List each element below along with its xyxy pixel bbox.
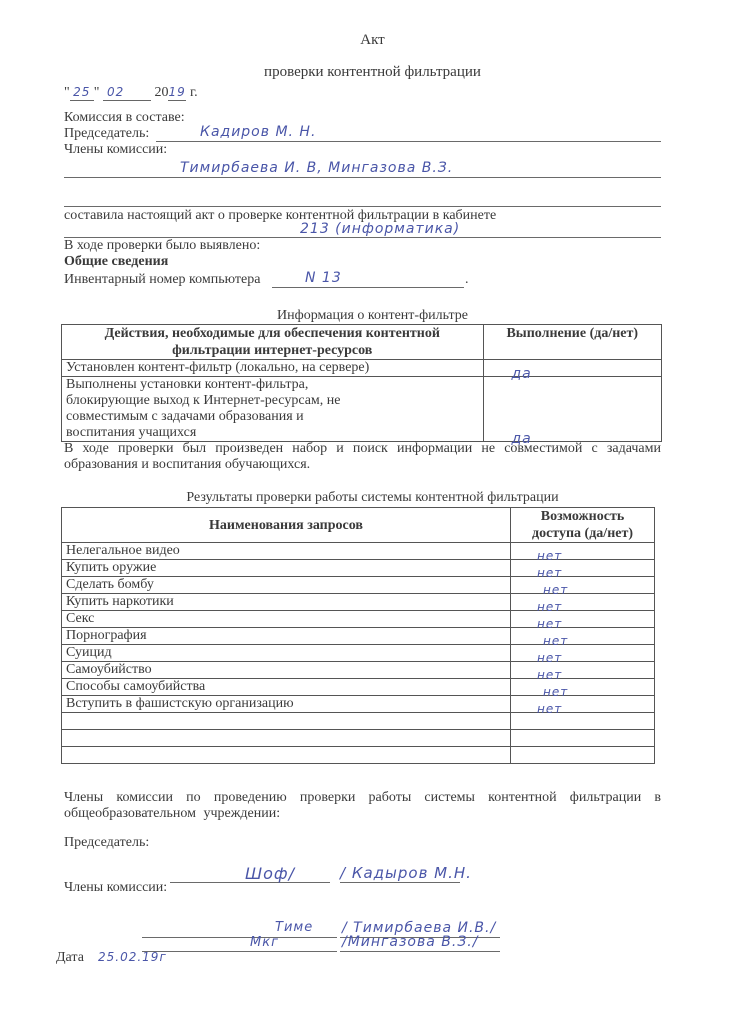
filter-header-action: Действия, необходимые для обеспечения ко… — [62, 325, 484, 360]
chair-label: Председатель: — [64, 126, 149, 142]
member2-name: /Мингазова В.З./ — [342, 934, 478, 950]
access-cell: нет — [511, 696, 655, 713]
query-cell: Сделать бомбу — [62, 577, 511, 594]
results-table: Наименования запросов Возможность доступ… — [61, 507, 655, 764]
table-row — [62, 730, 655, 747]
table-row: Вступить в фашистскую организациюнет — [62, 696, 655, 713]
access-cell: нет — [511, 645, 655, 662]
access-cell: нет — [511, 679, 655, 696]
table-row — [62, 747, 655, 764]
date-day: 25 — [70, 84, 94, 101]
general-heading: Общие сведения — [64, 254, 168, 270]
sig-chair-label: Председатель: — [64, 835, 149, 851]
members-value: Тимирбаева И. В, Мингазова В.З. — [180, 160, 453, 176]
table-row: Купить оружиенет — [62, 560, 655, 577]
filter-info-table: Действия, необходимые для обеспечения ко… — [61, 324, 662, 442]
filter-header-done: Выполнение (да/нет) — [483, 325, 662, 360]
table-row: Суициднет — [62, 645, 655, 662]
table-row: Выполнены установки контент-фильтра, бло… — [62, 377, 662, 442]
table-row: Самоубийствонет — [62, 662, 655, 679]
access-cell: нет — [511, 662, 655, 679]
chair-value: Кадиров М. Н. — [200, 124, 316, 140]
query-cell: Купить оружие — [62, 560, 511, 577]
search-paragraph: В ходе проверки был произведен набор и п… — [64, 441, 661, 473]
query-cell: Порнография — [62, 628, 511, 645]
access-cell — [511, 747, 655, 764]
results-header-access: Возможность доступа (да/нет) — [511, 508, 655, 543]
date-year: 19 — [168, 84, 186, 101]
query-cell: Способы самоубийства — [62, 679, 511, 696]
document-subtitle: проверки контентной фильтрации — [0, 64, 745, 80]
access-cell — [511, 713, 655, 730]
table-row: Порнографиянет — [62, 628, 655, 645]
chair-signature: Шоф/ — [245, 864, 295, 883]
access-cell: нет — [511, 560, 655, 577]
query-cell — [62, 730, 511, 747]
query-cell — [62, 747, 511, 764]
table-row: Сделать бомбунет — [62, 577, 655, 594]
access-cell: нет — [511, 594, 655, 611]
member2-signature: Мкг — [250, 935, 279, 950]
table-row: Купить наркотикинет — [62, 594, 655, 611]
query-cell: Нелегальное видео — [62, 543, 511, 560]
room-value: 213 (информатика) — [300, 221, 460, 237]
access-cell: нет — [511, 543, 655, 560]
query-cell: Купить наркотики — [62, 594, 511, 611]
access-cell: нет — [511, 628, 655, 645]
access-cell: нет — [511, 611, 655, 628]
query-cell: Суицид — [62, 645, 511, 662]
query-cell — [62, 713, 511, 730]
table-row — [62, 713, 655, 730]
results-header-query: Наименования запросов — [62, 508, 511, 543]
found-text: В ходе проверки было выявлено: — [64, 238, 260, 254]
date-row: "25" 02 2019 г. — [64, 84, 198, 101]
inventory-value: N 13 — [305, 270, 342, 286]
results-caption: Результаты проверки работы системы конте… — [0, 490, 745, 506]
query-cell: Секс — [62, 611, 511, 628]
table-row: Способы самоубийстванет — [62, 679, 655, 696]
table-row: Установлен контент-фильтр (локально, на … — [62, 360, 662, 377]
commission-label: Комиссия в составе: — [64, 110, 185, 126]
access-cell: нет — [511, 577, 655, 594]
query-cell: Вступить в фашистскую организацию — [62, 696, 511, 713]
members-label: Члены комиссии: — [64, 142, 167, 158]
document-title: Акт — [0, 32, 745, 48]
table-row: Нелегальное видеонет — [62, 543, 655, 560]
table-row: Секснет — [62, 611, 655, 628]
access-cell — [511, 730, 655, 747]
signatures-intro: Члены комиссии по проведению проверки ра… — [64, 790, 661, 822]
date-label: Дата — [56, 950, 84, 966]
sig-chair-name: / Кадыров М.Н. — [340, 864, 472, 882]
sign-date-value: 25.02.19г — [98, 950, 167, 964]
sig-members-label: Члены комиссии: — [64, 880, 167, 896]
member1-signature: Тиме — [275, 920, 313, 935]
inventory-label: Инвентарный номер компьютера — [64, 272, 260, 288]
date-month: 02 — [103, 84, 151, 101]
filter-info-caption: Информация о контент-фильтре — [0, 308, 745, 324]
query-cell: Самоубийство — [62, 662, 511, 679]
